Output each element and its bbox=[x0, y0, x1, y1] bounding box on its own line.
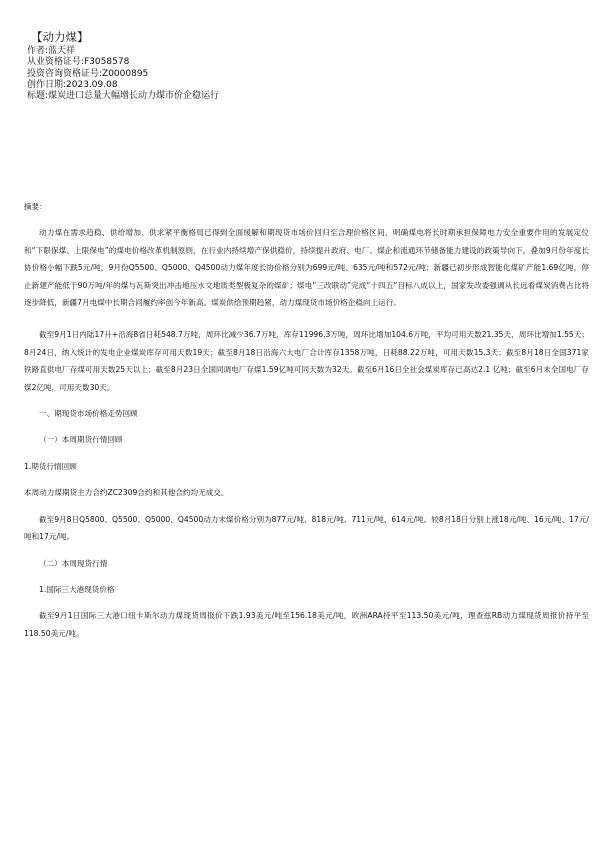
subsection-heading-1-1-1: 1.期货行情回顾 bbox=[24, 458, 589, 475]
section-heading-1: 一、期现货市场价格走势回顾 bbox=[24, 405, 589, 422]
intl-spot-paragraph: 截至9月1日国际三大港口纽卡斯尔动力煤现货周报价下跌1.93美元/吨至156.1… bbox=[24, 607, 589, 642]
futures-paragraph: 本周动力煤期货主力合约ZC2309合约和其他合约均无成交。 bbox=[24, 484, 589, 501]
advisory-license-line: 投资咨询资格证号:Z0000895 bbox=[27, 69, 219, 80]
section-tag: 【动力煤】 bbox=[31, 30, 219, 44]
license-line: 从业资格证号:F3058578 bbox=[27, 57, 219, 68]
date-line: 创作日期:2023.09.08 bbox=[27, 80, 219, 91]
document-body: 摘要： 动力煤在需求趋稳、供给增加、供求紧平衡格局已得到全面缓解和期现货市场价回… bbox=[24, 198, 589, 642]
summary-label: 摘要： bbox=[24, 198, 589, 215]
domestic-spot-paragraph: 截至9月8日Q5800、Q5500、Q5000、Q4500动力末煤价格分别为87… bbox=[24, 511, 589, 546]
inventory-paragraph: 截至9月1日内陆17升+沿海8省日耗548.7万吨，周环比减少36.7万吨，库存… bbox=[24, 326, 589, 396]
author-line: 作者:蓝天祥 bbox=[27, 46, 219, 57]
subsection-heading-1-1: （一）本周期货行情回顾 bbox=[24, 431, 589, 448]
subsection-heading-1-2-1: 1.国际三大港现货价格 bbox=[24, 581, 589, 598]
summary-paragraph: 动力煤在需求趋稳、供给增加、供求紧平衡格局已得到全面缓解和期现货市场价回归至合理… bbox=[24, 224, 589, 311]
title-line: 标题:煤炭进口总量大幅增长动力煤市价企稳运行 bbox=[27, 91, 219, 102]
subsection-heading-1-2: （二）本周现货行情 bbox=[24, 555, 589, 572]
document-header: 【动力煤】 作者:蓝天祥 从业资格证号:F3058578 投资咨询资格证号:Z0… bbox=[27, 30, 219, 102]
